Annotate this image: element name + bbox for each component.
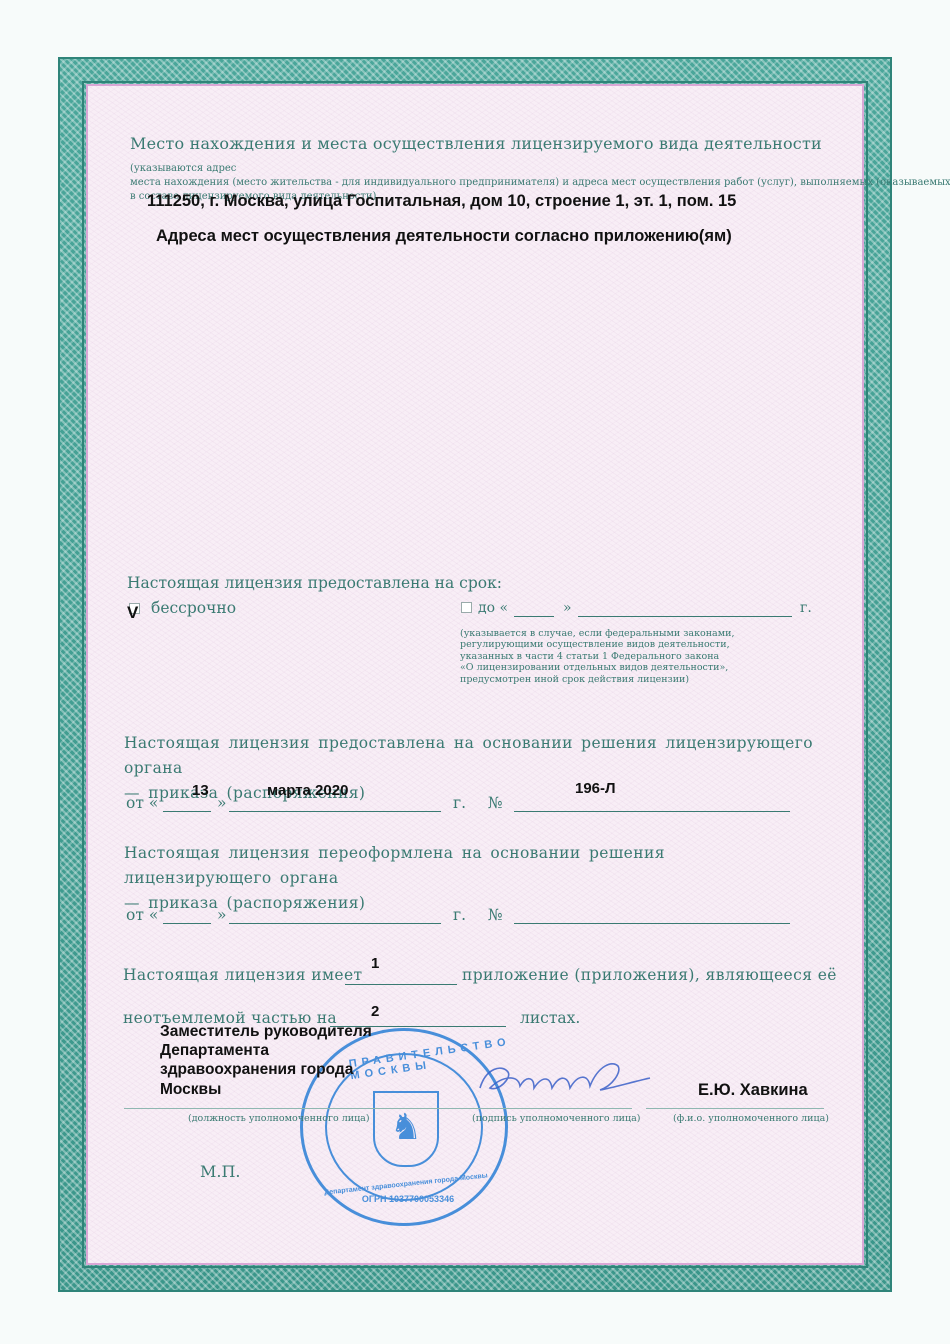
- granted-month-year: марта 2020: [267, 782, 348, 799]
- reissued-number-field[interactable]: [514, 923, 790, 924]
- location-heading: Место нахождения и места осуществления л…: [130, 134, 822, 153]
- reissued-line2: — приказа (распоряжения): [124, 891, 814, 916]
- signatory-name: Е.Ю. Хавкина: [698, 1081, 808, 1100]
- until-month-year-field[interactable]: [578, 616, 792, 617]
- indefinite-check-mark: V: [127, 603, 138, 623]
- granted-number-label: №: [488, 794, 503, 812]
- position-line: Департамента: [160, 1041, 372, 1060]
- appendix-count: 1: [371, 955, 379, 972]
- moscow-emblem-icon: ♞: [373, 1091, 439, 1167]
- position-line: здравоохранения города: [160, 1060, 372, 1079]
- until-day-field[interactable]: [514, 616, 554, 617]
- addresses-note: Адреса мест осуществления деятельности с…: [156, 227, 732, 246]
- reissued-year-suffix: г.: [453, 906, 466, 924]
- appendix-line1-prefix: Настоящая лицензия имеет: [123, 966, 363, 984]
- term-heading: Настоящая лицензия предоставлена на срок…: [127, 574, 502, 592]
- position-line: Москвы: [160, 1080, 372, 1099]
- granted-year-suffix: г.: [453, 794, 466, 812]
- reissued-quote-close: »: [217, 906, 226, 924]
- caption-position: (должность уполномоченного лица): [188, 1113, 370, 1124]
- position-line: Заместитель руководителя: [160, 1022, 372, 1041]
- reissued-number-label: №: [488, 906, 503, 924]
- reissued-day-field[interactable]: [163, 923, 211, 924]
- until-note-line: регулирующими осуществление видов деятел…: [460, 639, 734, 650]
- granted-month-year-field[interactable]: [229, 811, 441, 812]
- granted-basis: Настоящая лицензия предоставлена на осно…: [124, 731, 814, 805]
- reissued-line1: Настоящая лицензия переоформлена на осно…: [124, 841, 814, 891]
- until-label: до «: [478, 600, 508, 616]
- location-note-line2: места нахождения (место жительства - для…: [130, 176, 842, 190]
- until-note-line: предусмотрен иной срок действия лицензии…: [460, 674, 734, 685]
- granted-day: 13: [192, 782, 209, 799]
- until-note-line: «О лицензировании отдельных видов деятел…: [460, 662, 734, 673]
- appendix-count-field[interactable]: [345, 984, 457, 985]
- appendix-line1-suffix: приложение (приложения), являющееся её: [462, 966, 837, 984]
- granted-from-label: от «: [126, 794, 158, 812]
- indefinite-label: бессрочно: [151, 599, 236, 617]
- appendix-sheets: 2: [371, 1003, 379, 1020]
- granted-line2: — приказа (распоряжения): [124, 781, 814, 806]
- signature-line: [124, 1108, 632, 1109]
- stamp-ogrn: ОГРН 1037700053346: [343, 1194, 473, 1204]
- license-address: 111250, г. Москва, улица Госпитальная, д…: [147, 192, 736, 211]
- signature-scribble: [472, 1058, 662, 1102]
- granted-day-field[interactable]: [163, 811, 211, 812]
- until-year-suffix: г.: [800, 600, 812, 616]
- until-note-line: (указывается в случае, если федеральными…: [460, 628, 734, 639]
- until-date-checkbox[interactable]: [461, 602, 472, 613]
- granted-number: 196-Л: [575, 780, 616, 797]
- until-note: (указывается в случае, если федеральными…: [460, 628, 734, 685]
- until-note-line: указанных в части 4 статьи 1 Федеральног…: [460, 651, 734, 662]
- granted-number-field[interactable]: [514, 811, 790, 812]
- granted-line1: Настоящая лицензия предоставлена на осно…: [124, 731, 814, 781]
- seal-label: М.П.: [200, 1162, 241, 1181]
- caption-name: (ф.и.о. уполномоченного лица): [673, 1113, 829, 1124]
- until-quote-close: »: [563, 600, 572, 616]
- reissued-from-label: от «: [126, 906, 158, 924]
- caption-signature: (подпись уполномоченного лица): [472, 1113, 640, 1124]
- reissued-basis: Настоящая лицензия переоформлена на осно…: [124, 841, 814, 915]
- reissued-month-year-field[interactable]: [229, 923, 441, 924]
- location-note-inline: (указываются адрес: [130, 163, 236, 174]
- granted-quote-close: »: [217, 794, 226, 812]
- signatory-position: Заместитель руководителя Департамента зд…: [160, 1022, 372, 1099]
- name-line: [646, 1108, 824, 1109]
- appendix-line2-suffix: листах.: [520, 1009, 580, 1027]
